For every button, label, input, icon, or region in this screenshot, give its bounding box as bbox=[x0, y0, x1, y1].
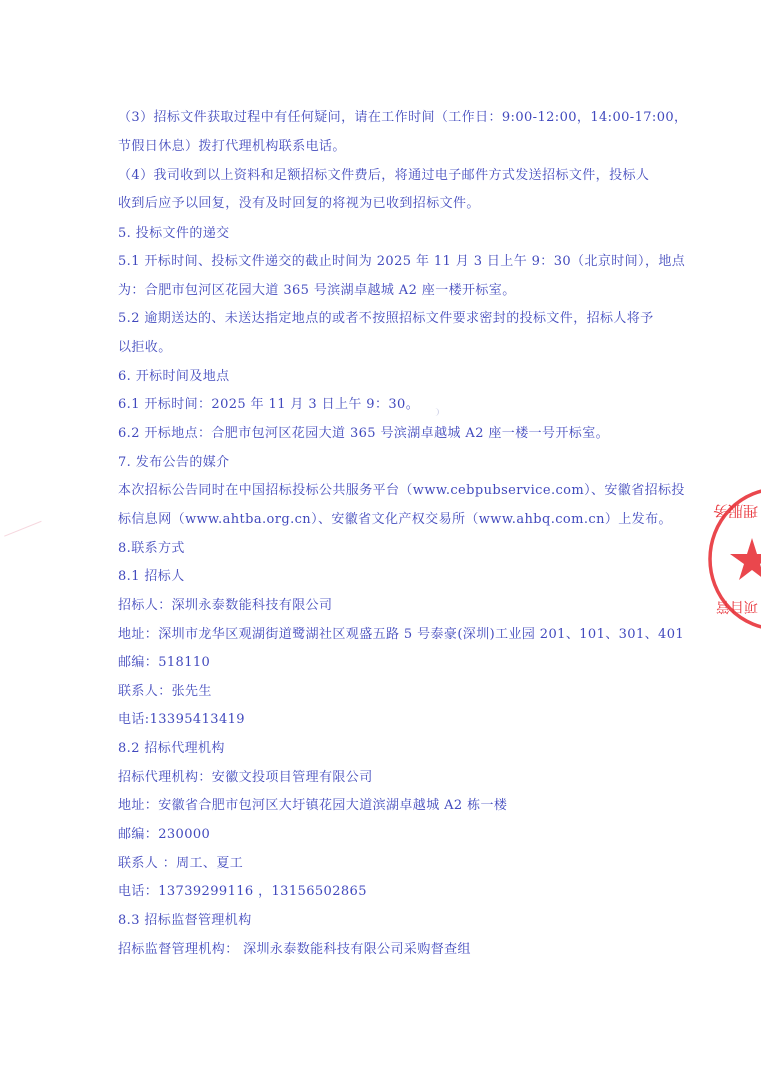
text-line-s6-2: 6.2 开标地点：合肥市包河区花园大道 365 号滨湖卓越城 A2 座一楼一号开… bbox=[118, 426, 609, 442]
stamp-text-top: 理服务 bbox=[713, 502, 758, 520]
text-line-s5-1a: 5.1 开标时间、投标文件递交的截止时间为 2025 年 11 月 3 日上午 … bbox=[118, 254, 685, 270]
document-page: （3）招标文件获取过程中有任何疑问，请在工作时间（工作日：9:00-12:00，… bbox=[0, 0, 761, 1077]
text-line-s6-1: 6.1 开标时间：2025 年 11 月 3 日上午 9：30。 bbox=[118, 397, 419, 413]
text-line-s8-1-zip: 邮编：518110 bbox=[118, 655, 210, 671]
text-line-s8-1-tel: 电话:13395413419 bbox=[118, 712, 245, 728]
text-line-s8-2-contact: 联系人 ：周工、夏工 bbox=[118, 856, 243, 872]
text-line-s8-1: 8.1 招标人 bbox=[118, 569, 185, 585]
text-line-s8-2-name: 招标代理机构：安徽文投项目管理有限公司 bbox=[118, 770, 373, 786]
red-seal-stamp: 理服务 项目管 bbox=[706, 484, 761, 634]
stray-mark bbox=[434, 408, 439, 416]
text-line-s8-2-zip: 邮编：230000 bbox=[118, 827, 210, 843]
text-line-s7-a: 本次招标公告同时在中国招标投标公共服务平台（www.cebpubservice.… bbox=[118, 483, 685, 499]
text-line-p3-2: 节假日休息）拨打代理机构联系电话。 bbox=[118, 139, 346, 155]
text-line-s8-3-name: 招标监督管理机构： 深圳永泰数能科技有限公司采购督查组 bbox=[118, 942, 471, 958]
text-line-p4-2: 收到后应予以回复，没有及时回复的将视为已收到招标文件。 bbox=[118, 196, 480, 212]
star-icon bbox=[730, 538, 761, 580]
text-line-s8-1-name: 招标人：深圳永泰数能科技有限公司 bbox=[118, 598, 332, 614]
text-line-s5-2a: 5.2 逾期送达的、未送达指定地点的或者不按照招标文件要求密封的投标文件，招标人… bbox=[118, 311, 654, 327]
text-line-s8-3: 8.3 招标监督管理机构 bbox=[118, 913, 252, 929]
stray-mark bbox=[4, 521, 44, 542]
text-line-s7: 7. 发布公告的媒介 bbox=[118, 455, 230, 471]
text-line-s6: 6. 开标时间及地点 bbox=[118, 369, 230, 385]
text-line-s8-2-tel: 电话：13739299116 ，13156502865 bbox=[118, 884, 367, 900]
text-line-s5: 5. 投标文件的递交 bbox=[118, 226, 230, 242]
text-line-s5-1b: 为：合肥市包河区花园大道 365 号滨湖卓越城 A2 座一楼开标室。 bbox=[118, 283, 516, 299]
text-line-s5-2b: 以拒收。 bbox=[118, 340, 172, 356]
text-line-p3-1: （3）招标文件获取过程中有任何疑问，请在工作时间（工作日：9:00-12:00，… bbox=[118, 110, 687, 126]
text-line-s8-1-addr: 地址：深圳市龙华区观湖街道鹭湖社区观盛五路 5 号泰豪(深圳)工业园 201、1… bbox=[118, 627, 684, 643]
text-line-s7-b: 标信息网（www.ahtba.org.cn）、安徽省文化产权交易所（www.ah… bbox=[118, 512, 672, 528]
text-line-s8-2-addr: 地址：安徽省合肥市包河区大圩镇花园大道滨湖卓越城 A2 栋一楼 bbox=[118, 798, 507, 814]
text-line-s8-1-contact: 联系人：张先生 bbox=[118, 684, 212, 700]
text-line-s8-2: 8.2 招标代理机构 bbox=[118, 741, 225, 757]
text-line-s8: 8.联系方式 bbox=[118, 541, 185, 557]
stamp-text-bottom: 项目管 bbox=[716, 598, 758, 614]
text-line-p4-1: （4）我司收到以上资料和足额招标文件费后，将通过电子邮件方式发送招标文件，投标人 bbox=[118, 168, 649, 184]
